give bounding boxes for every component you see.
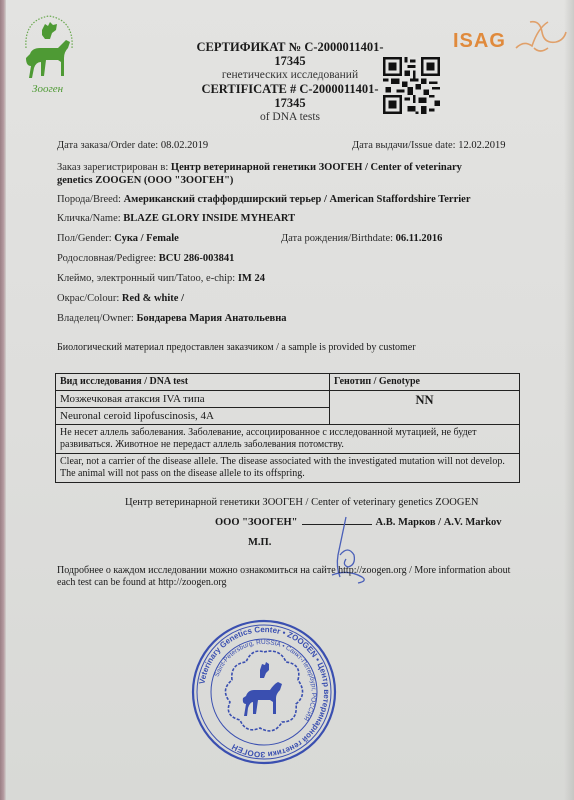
svg-text:Зооген: Зооген [32,83,64,95]
registered-at: Заказ зарегистрирован в: Центр ветеринар… [57,161,462,187]
breed-field: Порода/Breed: Американский стаффордширск… [57,193,470,206]
owner-field: Владелец/Owner: Бондарева Мария Анатолье… [57,312,287,325]
col-dna-test: Вид исследования / DNA test [56,374,330,391]
center-line: Центр ветеринарной генетики ЗООГЕН / Cen… [125,496,478,509]
chip-field: Клеймо, электронный чип/Tatoo, e-chip: I… [57,272,265,285]
isag-logo: ISAG [453,30,506,53]
interpretation-ru: Не несет аллель заболевания. Заболевание… [56,425,520,454]
subtitle-en: of DNA tests [190,110,390,124]
zoogen-logo-icon: Зооген [18,8,80,96]
pedigree-field: Родословная/Pedigree: BCU 286-003841 [57,252,234,265]
name-field: Кличка/Name: BLAZE GLORY INSIDE MYHEART [57,212,295,225]
title-ru: СЕРТИФИКАТ № C-2000011401-17345 [190,40,390,68]
col-genotype: Генотип / Genotype [330,374,520,391]
seal-mark: М.П. [248,536,271,549]
qr-code-icon [383,57,440,114]
table-row: Clear, not a carrier of the disease alle… [56,454,520,483]
title-en: CERTIFICATE # C-2000011401-17345 [190,82,390,110]
more-info-note: Подробнее о каждом исследовании можно оз… [57,565,527,589]
issue-date: Дата выдачи/Issue date: 12.02.2019 [352,139,505,152]
certificate-page: Зооген СЕРТИФИКАТ № C-2000011401-17345 г… [0,0,574,800]
certificate-title: СЕРТИФИКАТ № C-2000011401-17345 генетиче… [190,40,390,124]
org-name: ООО "ЗООГЕН" [215,517,298,528]
table-header-row: Вид исследования / DNA test Генотип / Ge… [56,374,520,391]
test-name-ru: Мозжечковая атаксия IVA типа [56,391,330,408]
table-row: Мозжечковая атаксия IVA типа NN [56,391,520,408]
signer-name: А.В. Марков / A.V. Markov [376,517,502,528]
sample-note: Биологический материал предоставлен зака… [57,341,416,354]
gender-field: Пол/Gender: Сука / Female [57,232,179,245]
colour-field: Окрас/Colour: Red & white / [57,292,184,305]
paper-edge-left [0,0,6,800]
test-name-en: Neuronal ceroid lipofuscinosis, 4A [56,408,330,425]
results-table: Вид исследования / DNA test Генотип / Ge… [55,373,520,483]
isag-swirl-icon [510,18,570,58]
birthdate-field: Дата рождения/Birthdate: 06.11.2016 [281,232,442,245]
order-date: Дата заказа/Order date: 08.02.2019 [57,139,208,152]
table-row: Не несет аллель заболевания. Заболевание… [56,425,520,454]
paper-edge-right [564,0,574,800]
subtitle-ru: генетических исследований [190,68,390,82]
interpretation-en: Clear, not a carrier of the disease alle… [56,454,520,483]
zoogen-stamp-icon: Veterinary Genetics Center • ZOOGEN • Це… [190,618,338,766]
genotype-value: NN [330,391,520,425]
